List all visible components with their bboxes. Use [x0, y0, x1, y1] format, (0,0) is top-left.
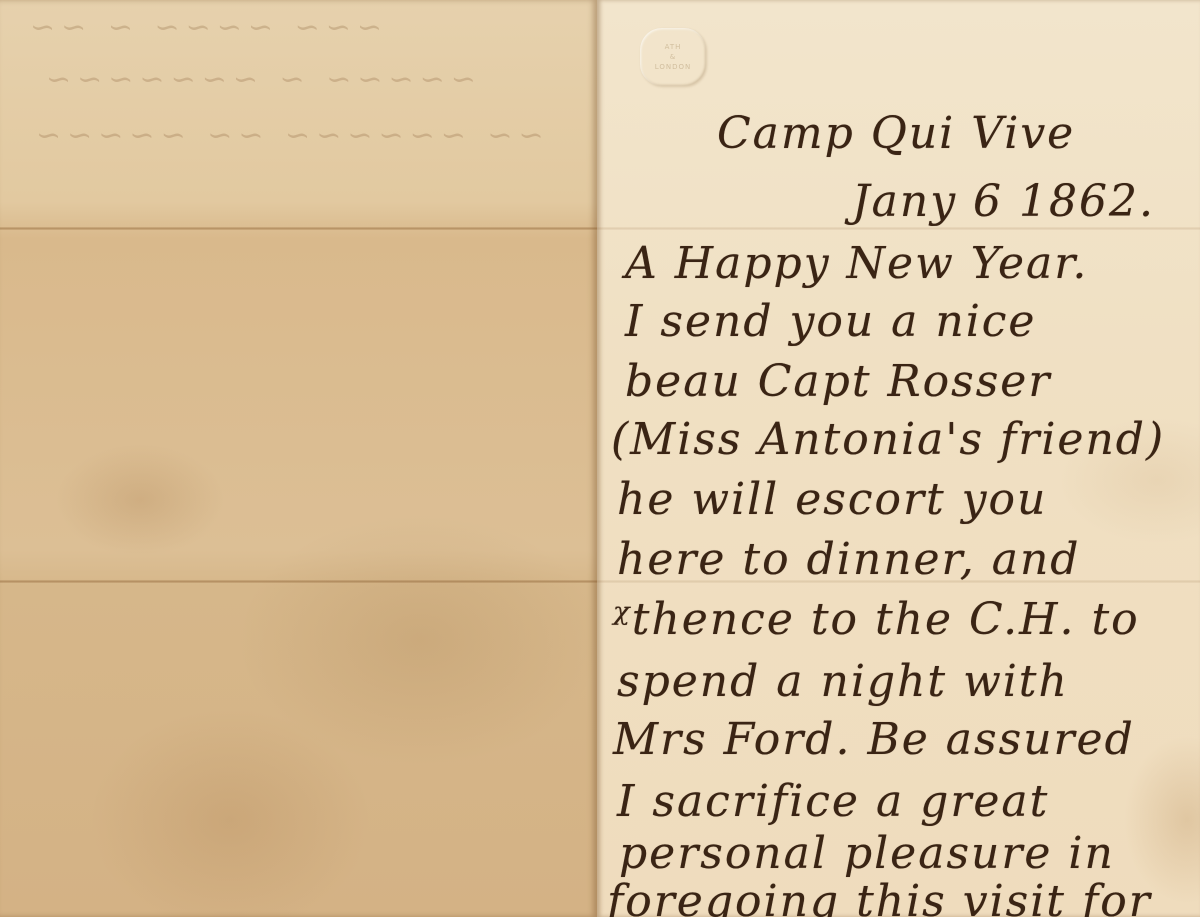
letter-line: spend a night with [617, 660, 1069, 704]
left-page: ~~~ ~~~~ ~ ~~ ~~~~~ ~ ~~~~~~~ ~~ ~~~~~~ … [0, 0, 597, 917]
letter-line: beau Capt Rosser [625, 360, 1051, 404]
bleed-through-line: ~~~~~ ~ ~~~~~~~ [40, 62, 476, 97]
letter-line: I send you a nice [625, 300, 1036, 344]
bleed-through-line: ~~ ~~~~~~ ~~ ~~~~~ [30, 118, 544, 153]
letter-text: Camp Qui Vive Jany 6 1862. A Happy New Y… [597, 0, 1200, 917]
letter-line: A Happy New Year. [625, 242, 1088, 286]
letter-place: Camp Qui Vive [717, 112, 1075, 156]
fold-crease-top [0, 227, 597, 230]
letter-line: foregoing this visit for [607, 880, 1152, 917]
fold-crease-bottom [0, 580, 597, 583]
bleed-through-line: ~~~ ~~~~ ~ ~~ [24, 10, 382, 45]
letter-date: Jany 6 1862. [852, 180, 1155, 224]
letter-sheet: ~~~ ~~~~ ~ ~~ ~~~~~ ~ ~~~~~~~ ~~ ~~~~~~ … [0, 0, 1200, 917]
letter-line: (Miss Antonia's friend) [611, 418, 1165, 462]
letter-line: here to dinner, and [617, 538, 1080, 582]
letter-line: I sacrifice a great [617, 780, 1049, 824]
letter-line: personal pleasure in [619, 832, 1115, 876]
letter-line: ᵡthence to the C.H. to [613, 598, 1140, 642]
letter-line: he will escort you [617, 478, 1047, 522]
letter-line: Mrs Ford. Be assured [613, 718, 1135, 762]
